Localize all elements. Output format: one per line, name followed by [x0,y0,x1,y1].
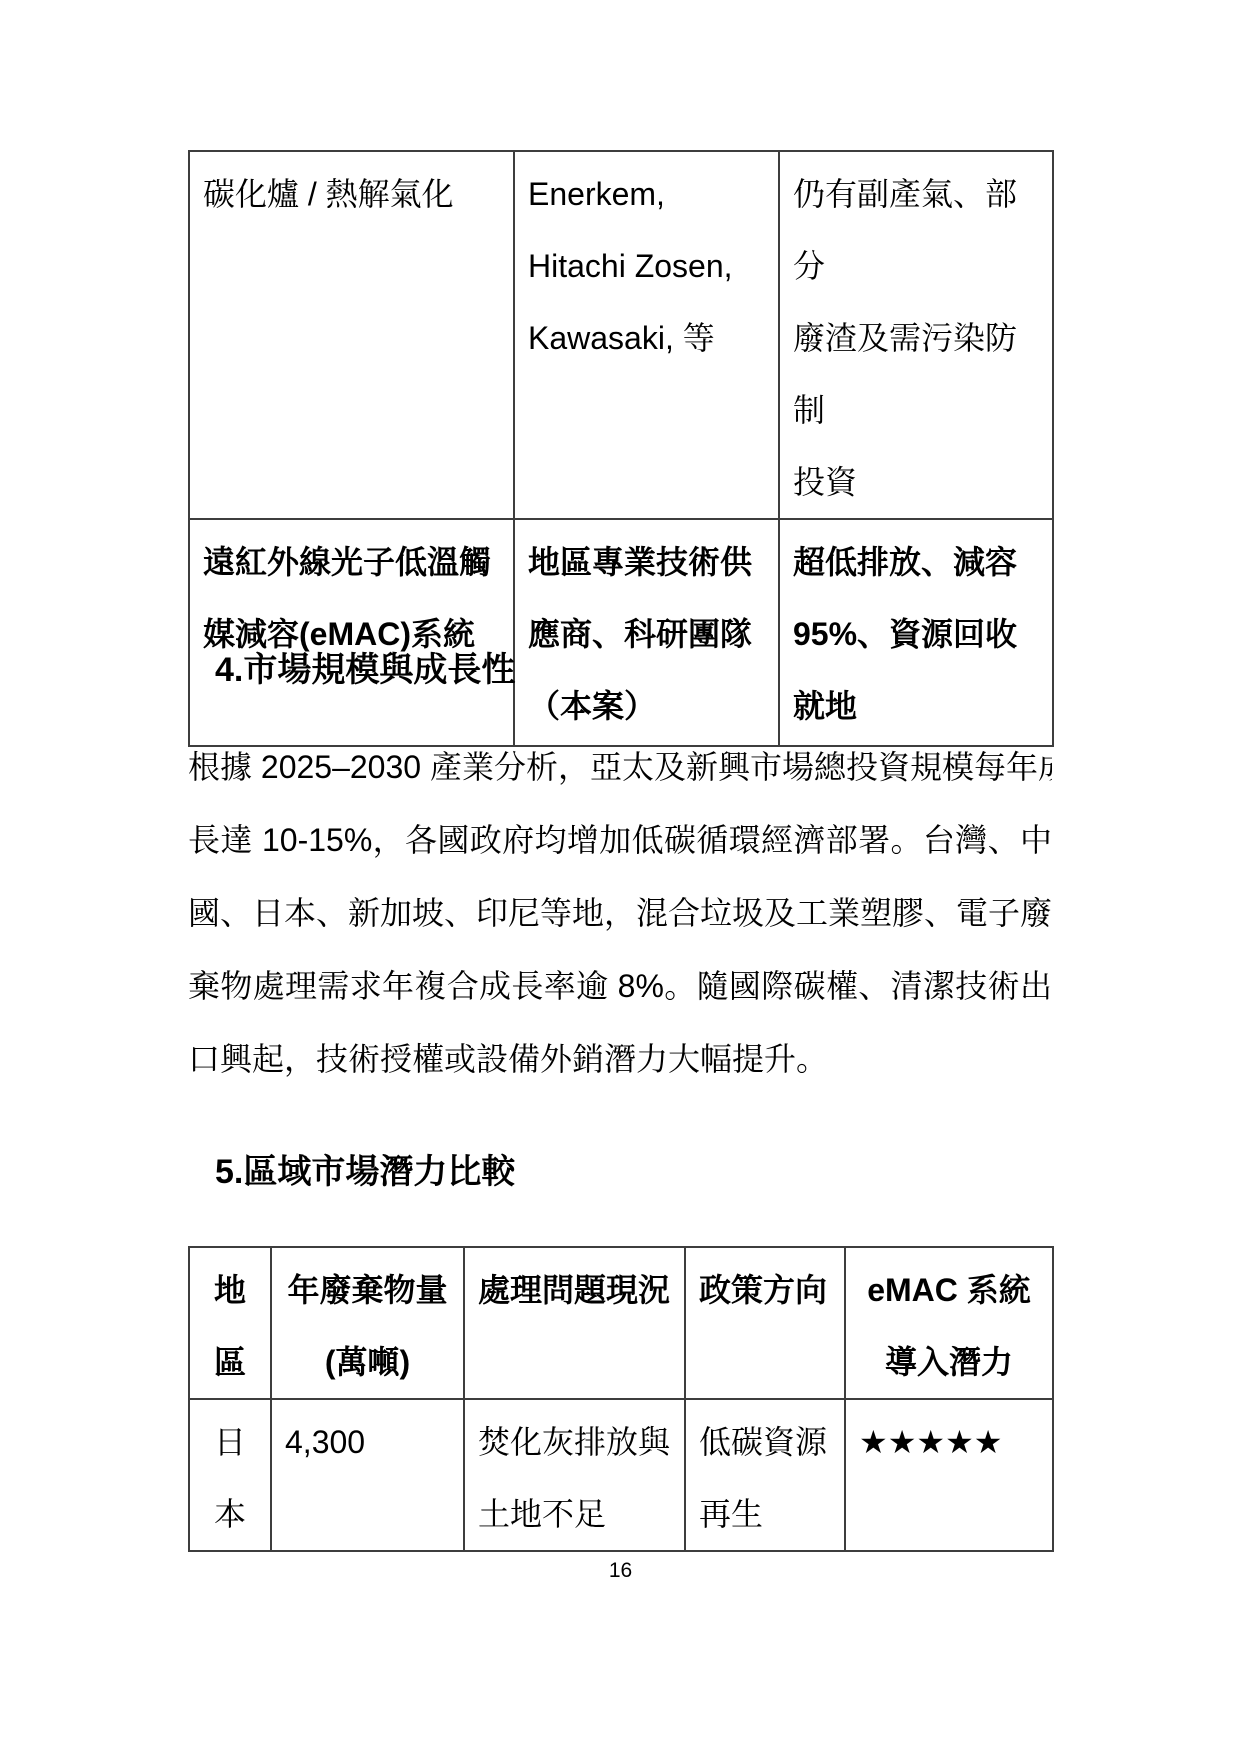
paragraph-line: 口興起，技術授權或設備外銷潛力大幅提升。 [188,1023,1052,1096]
paragraph-line: 棄物處理需求年複合成長率逾 8%。隨國際碳權、清潔技術出 [188,950,1052,1023]
table-cell-issues: 仍有副產氣、部分 廢渣及需污染防制 投資 [779,151,1053,519]
table-cell-treatment-issues: 焚化灰排放與 土地不足 [464,1399,685,1551]
table-cell-annual-waste: 4,300 [271,1399,464,1551]
paragraph-line: 國、日本、新加坡、印尼等地，混合垃圾及工業塑膠、電子廢 [188,877,1052,950]
section-4-heading: 4.市場規模與成長性 [215,648,515,692]
column-header-treatment-issues: 處理問題現況 [464,1247,685,1399]
regional-potential-table: 地 區 年廢棄物量 (萬噸) 處理問題現況 政策方向 eMAC 系統 導入潛力 … [188,1246,1054,1552]
column-header-policy-direction: 政策方向 [685,1247,845,1399]
document-page: 碳化爐 / 熱解氣化 Enerkem, Hitachi Zosen, Kawas… [0,0,1241,1755]
table-cell-region: 日 本 [189,1399,271,1551]
column-header-region: 地 區 [189,1247,271,1399]
table-row: 遠紅外線光子低溫觸 媒減容(eMAC)系統 地區專業技術供 應商、科研團隊 （本… [189,519,1053,746]
table-cell-vendors: Enerkem, Hitachi Zosen, Kawasaki, 等 [514,151,779,519]
table-cell-vendors: 地區專業技術供 應商、科研團隊 （本案） [514,519,779,746]
page-number: 16 [0,1558,1241,1584]
table-cell-policy-direction: 低碳資源 再生 [685,1399,845,1551]
paragraph-line: 根據 2025–2030 產業分析，亞太及新興市場總投資規模每年成 [188,731,1052,804]
column-header-annual-waste: 年廢棄物量 (萬噸) [271,1247,464,1399]
rating-stars: ★★★★★ [845,1399,1053,1551]
table-cell-technology: 遠紅外線光子低溫觸 媒減容(eMAC)系統 [189,519,514,746]
paragraph-line: 長達 10-15%，各國政府均增加低碳循環經濟部署。台灣、中 [188,804,1052,877]
column-header-emac-potential: eMAC 系統 導入潛力 [845,1247,1053,1399]
table-row: 日 本 4,300 焚化灰排放與 土地不足 低碳資源 再生 ★★★★★ [189,1399,1053,1551]
table-row: 碳化爐 / 熱解氣化 Enerkem, Hitachi Zosen, Kawas… [189,151,1053,519]
section-5-heading: 5.區域市場潛力比較 [215,1150,515,1194]
table-cell-advantages: 超低排放、減容 95%、資源回收 就地 [779,519,1053,746]
table-header-row: 地 區 年廢棄物量 (萬噸) 處理問題現況 政策方向 eMAC 系統 導入潛力 [189,1247,1053,1399]
market-growth-paragraph: 根據 2025–2030 產業分析，亞太及新興市場總投資規模每年成 長達 10-… [188,731,1052,1096]
table-cell-technology: 碳化爐 / 熱解氣化 [189,151,514,519]
